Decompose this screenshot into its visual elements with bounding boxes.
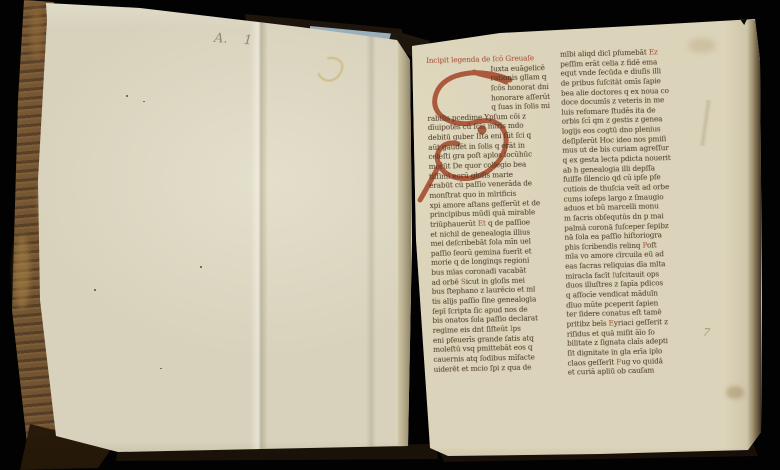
- ink-text: triūphauerūt: [430, 219, 478, 229]
- ink-text: bis onatos ſola paſſio declarat: [432, 314, 538, 326]
- ink-text: ps: [513, 324, 521, 333]
- ink-text: ad orbē: [431, 277, 461, 287]
- page-crease: [250, 0, 268, 470]
- ink-speck: [200, 266, 202, 268]
- left-page-deckle-edge: [398, 36, 411, 450]
- manuscript-text-line: uiderēt et mcio ſpi z qua de: [434, 361, 562, 374]
- cover-worn-spot: [14, 235, 30, 310]
- ink-text: uiderēt et mcio ſpi z qua de: [434, 362, 532, 373]
- ink-text: uſcitauit ops: [615, 269, 659, 279]
- yellow-stain: [313, 52, 346, 86]
- page-crease: [699, 100, 712, 147]
- faint-stain: [688, 38, 716, 53]
- ink-text: miracla facīt: [565, 270, 612, 280]
- red-initial: Et: [478, 218, 486, 227]
- page-crease: [366, 0, 376, 470]
- text-column-right: mībi aliqd dicī pſumebāt Ezpeſſim erāt c…: [560, 47, 682, 377]
- ink-speck: [126, 95, 128, 97]
- manuscript-text-block: Incipit legenda de ſcō Greuaſe Iuxta euā…: [426, 50, 682, 404]
- owner-inscription: A. 1: [214, 31, 305, 52]
- ink-text: ug vo quidā: [621, 356, 663, 366]
- ink-text: erabūt cū paſſio venerāda de: [429, 179, 532, 191]
- ink-text: oſt: [647, 240, 657, 249]
- ink-text: q ſuas in ſolis mi: [491, 101, 550, 111]
- ink-text: rationis glīam q: [490, 72, 546, 82]
- ink-speck: [143, 101, 145, 102]
- brown-stain: [726, 386, 744, 399]
- ink-speck: [94, 289, 96, 291]
- ink-text: claos geſſerīt: [567, 357, 616, 367]
- manuscript-text-line: et curiā apliū ob cauſam: [568, 365, 682, 377]
- text-column-left: Incipit legenda de ſcō Greuaſe Iuxta euā…: [426, 53, 562, 374]
- page-edge-notch: [740, 19, 747, 25]
- cover-worn-spot: [30, 6, 43, 61]
- ink-text: et curiā apliū ob cauſam: [568, 366, 655, 377]
- ink-text: Iuxta euāgelicē: [490, 63, 545, 73]
- page-fore-edge: [747, 20, 761, 452]
- manuscript-photo: A. 1 Incipit legenda de ſcō Greuaſe Iuxt…: [0, 0, 780, 470]
- ink-text: yriaci geſſerit z: [614, 317, 668, 327]
- red-initial: Ez: [649, 47, 658, 56]
- ink-text: q de paſſioe: [486, 217, 530, 227]
- ink-text: pritibz beīs: [566, 319, 608, 329]
- ink-speck: [160, 368, 162, 369]
